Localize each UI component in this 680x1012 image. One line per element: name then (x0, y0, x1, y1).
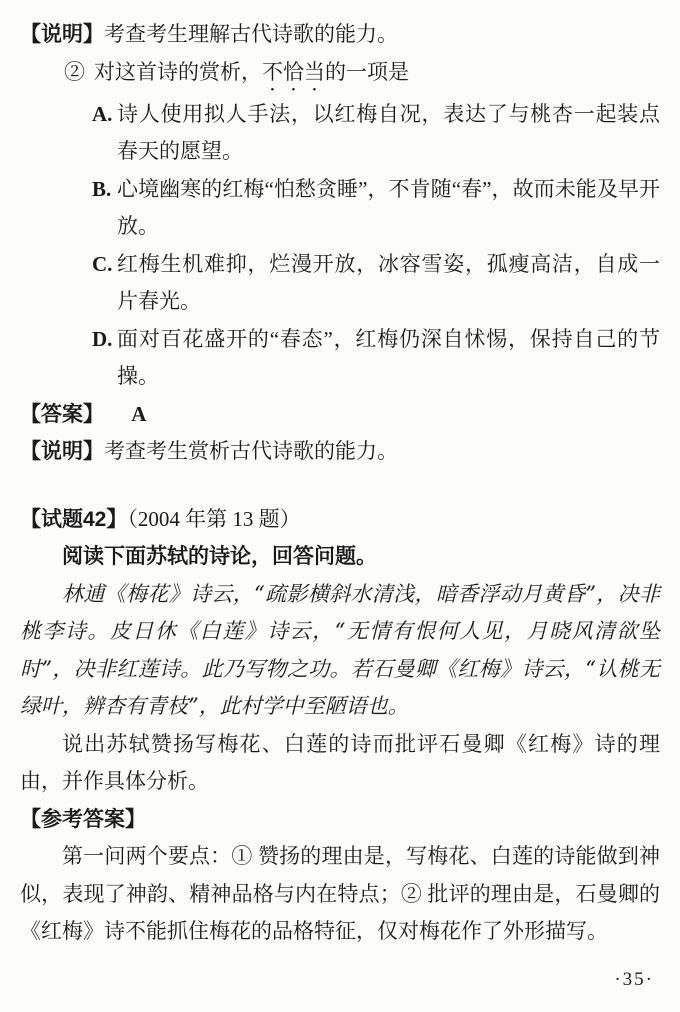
reference-answer-label: 【参考答案】 (20, 808, 146, 831)
su-shi-poetry-quote: 林逋《梅花》诗云，“疏影横斜水清浅，暗香浮动月黄昏”，决非桃李诗。皮日休《白莲》… (20, 576, 660, 726)
question-42-task: 说出苏轼赞扬写梅花、白莲的诗而批评石曼卿《红梅》诗的理由，并作具体分析。 (20, 726, 660, 801)
option-label-a: A. (92, 96, 117, 171)
option-label-b: B. (92, 171, 117, 246)
book-page: 【说明】考查考生理解古代诗歌的能力。 ②对这首诗的赏析，不恰当的一项是 A. 诗… (0, 0, 680, 1012)
page-number: ·35· (614, 961, 654, 999)
question-42-heading: 【试题42】（2004 年第 13 题） (20, 501, 660, 539)
reference-answer-heading: 【参考答案】 (20, 801, 660, 839)
option-row-b: B. 心境幽寒的红梅“怕愁贪睡”，不肯随“春”，故而未能及早开放。 (20, 171, 660, 246)
explanation-line-1: 【说明】考查考生理解古代诗歌的能力。 (20, 16, 660, 54)
circled-number-2: ② (64, 60, 85, 84)
option-label-c: C. (92, 246, 117, 321)
reference-answer-text: 第一问两个要点：① 赞扬的理由是，写梅花、白莲的诗能做到神似，表现了神韵、精神品… (20, 838, 660, 951)
explanation-label: 【说明】 (20, 23, 104, 46)
option-row-d: D. 面对百花盛开的“春态”，红梅仍深自怵惕，保持自己的节操。 (20, 321, 660, 396)
section-question-41: 【说明】考查考生理解古代诗歌的能力。 ②对这首诗的赏析，不恰当的一项是 A. 诗… (20, 16, 660, 471)
answer-line: 【答案】A (20, 396, 660, 434)
sub-question-2: ②对这首诗的赏析，不恰当的一项是 (20, 54, 660, 96)
question-42-label: 【试题42】 (20, 508, 127, 531)
question-pre-text: 对这首诗的赏析， (94, 60, 262, 84)
option-text-d: 面对百花盛开的“春态”，红梅仍深自怵惕，保持自己的节操。 (117, 321, 660, 396)
answer-label: 【答案】 (20, 403, 104, 426)
explanation-text-2: 考查考生赏析古代诗歌的能力。 (104, 439, 398, 463)
explanation-text: 考查考生理解古代诗歌的能力。 (104, 22, 398, 46)
option-text-c: 红梅生机难抑，烂漫开放，冰容雪姿，孤瘦高洁，自成一片春光。 (117, 246, 660, 321)
option-text-b: 心境幽寒的红梅“怕愁贪睡”，不肯随“春”，故而未能及早开放。 (117, 171, 660, 246)
option-label-d: D. (92, 321, 117, 396)
option-row-a: A. 诗人使用拟人手法，以红梅自况，表达了与桃杏一起装点春天的愿望。 (20, 96, 660, 171)
section-question-42: 【试题42】（2004 年第 13 题） 阅读下面苏轼的诗论，回答问题。 林逋《… (20, 501, 660, 951)
question-emphasized-text: 不恰当 (262, 60, 325, 84)
option-row-c: C. 红梅生机难抑，烂漫开放，冰容雪姿，孤瘦高洁，自成一片春光。 (20, 246, 660, 321)
answer-value: A (131, 402, 146, 426)
reading-instruction: 阅读下面苏轼的诗论，回答问题。 (20, 538, 660, 576)
question-42-source: （2004 年第 13 题） (127, 507, 300, 531)
explanation-label-2: 【说明】 (20, 440, 104, 463)
question-post-text: 的一项是 (325, 60, 409, 84)
option-text-a: 诗人使用拟人手法，以红梅自况，表达了与桃杏一起装点春天的愿望。 (117, 96, 660, 171)
explanation-line-2: 【说明】考查考生赏析古代诗歌的能力。 (20, 433, 660, 471)
